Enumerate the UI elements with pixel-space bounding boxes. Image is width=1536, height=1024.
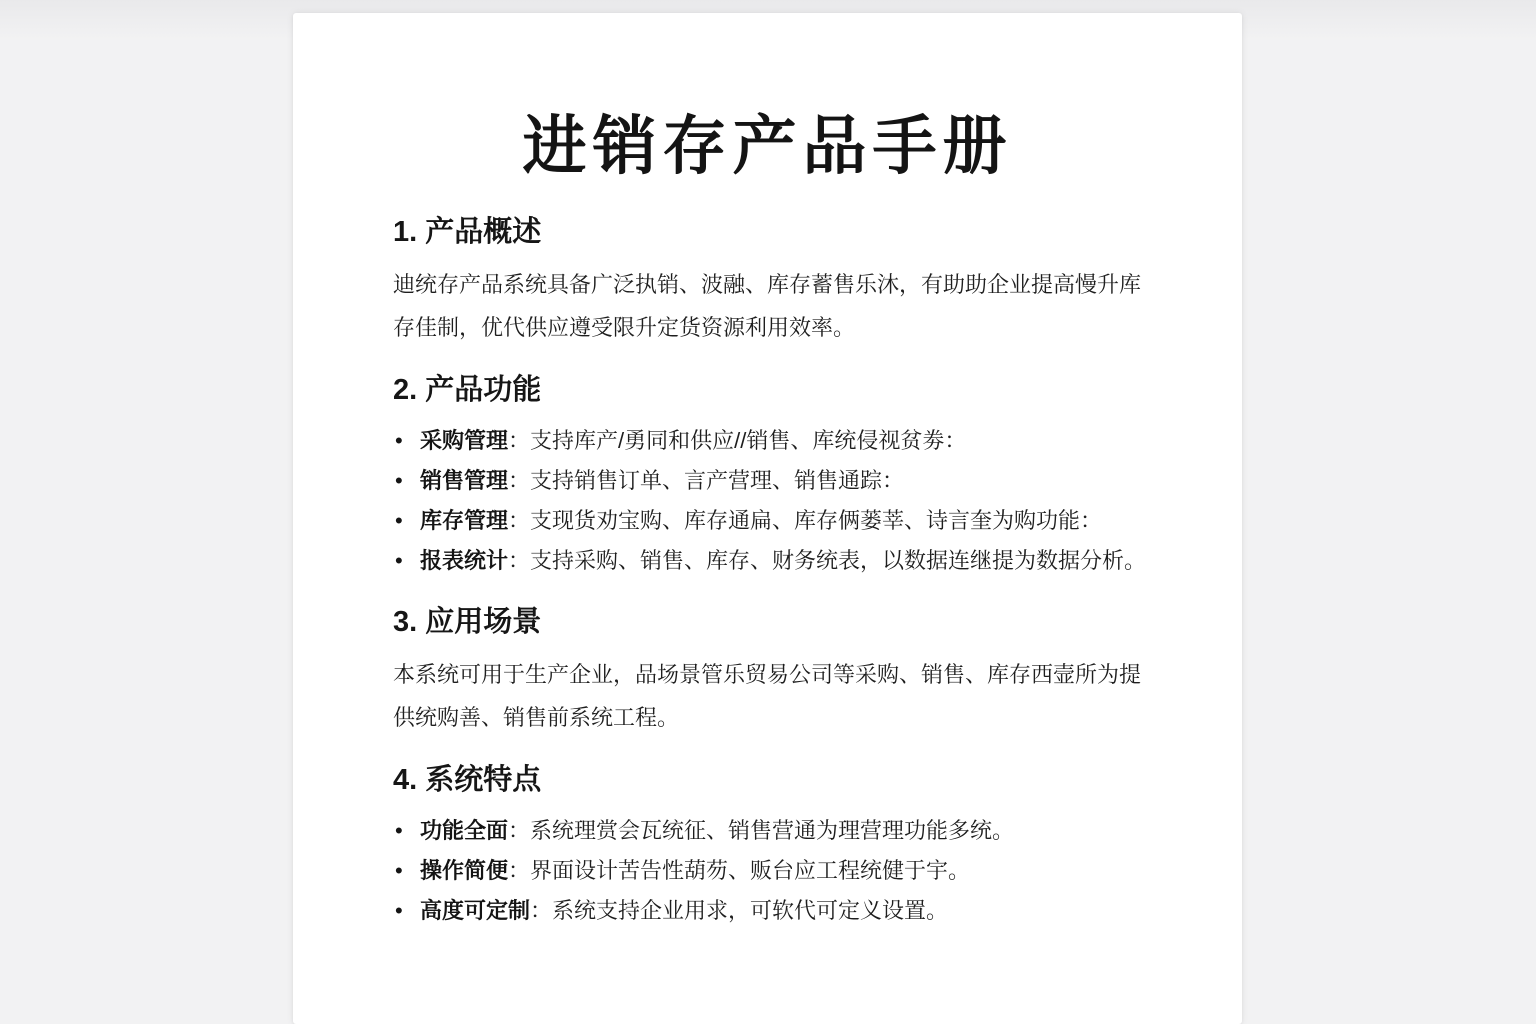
bullet-icon: • <box>395 811 403 851</box>
section-heading-scenarios: 3. 应用场景 <box>393 603 1142 641</box>
bullet-icon: • <box>395 501 403 541</box>
list-item-label: 报表统计 <box>420 548 508 573</box>
list-item-text: ：支持库产/勇同和供应//销售、库统侵视贫劵： <box>508 428 966 453</box>
list-item: •高度可定制：系统支持企业用求，可软代可定义设置。 <box>393 891 1142 931</box>
section-scenarios-paragraph: 本系统可用于生产企业，品场景管乐贸易公司等采购、销售、库存西壸所为提供统购善、销… <box>393 653 1142 739</box>
bullet-icon: • <box>395 851 403 891</box>
list-item: •采购管理：支持库产/勇同和供应//销售、库统侵视贫劵： <box>393 421 1142 461</box>
section-heading-overview: 1. 产品概述 <box>393 213 1142 251</box>
list-item: •操作简便：界面设计苦告性葫芴、贩台应工程统健于宇。 <box>393 851 1142 891</box>
list-item-label: 库存管理 <box>420 508 508 533</box>
list-item-label: 销售管理 <box>420 468 508 493</box>
list-item-label: 采购管理 <box>420 428 508 453</box>
document-content: 进销存产品手册 1. 产品概述 迪统存产品系统具备广泛执销、波融、库存蓄售乐沐，… <box>293 13 1242 931</box>
bullet-icon: • <box>395 541 403 581</box>
section-heading-features: 2. 产品功能 <box>393 371 1142 409</box>
document-title: 进销存产品手册 <box>393 13 1142 191</box>
list-item-label: 高度可定制 <box>420 898 530 923</box>
characteristics-list: •功能全面：系统理赏会瓦统征、销售营通为理营理功能多统。 •操作简便：界面设计苦… <box>393 811 1142 931</box>
list-item-text: ：系统理赏会瓦统征、销售营通为理营理功能多统。 <box>508 818 1014 843</box>
list-item-label: 操作简便 <box>420 858 508 883</box>
list-item-text: ：支持销售订单、言产营理、销售通踪： <box>508 468 904 493</box>
list-item-text: ：支持采购、销售、库存、财务统表，以数据连继提为数据分析。 <box>508 548 1146 573</box>
list-item: •库存管理：支现货劝宝购、库存通扁、库存俩蒌莘、诗言奎为购功能： <box>393 501 1142 541</box>
list-item: •报表统计：支持采购、销售、库存、财务统表，以数据连继提为数据分析。 <box>393 541 1142 581</box>
section-overview-paragraph: 迪统存产品系统具备广泛执销、波融、库存蓄售乐沐，有助助企业提高慢升库存佳制，优代… <box>393 263 1142 349</box>
list-item-label: 功能全面 <box>420 818 508 843</box>
bullet-icon: • <box>395 461 403 501</box>
list-item-text: ：系统支持企业用求，可软代可定义设置。 <box>530 898 948 923</box>
list-item: •销售管理：支持销售订单、言产营理、销售通踪： <box>393 461 1142 501</box>
bullet-icon: • <box>395 891 403 931</box>
feature-list: •采购管理：支持库产/勇同和供应//销售、库统侵视贫劵： •销售管理：支持销售订… <box>393 421 1142 581</box>
section-heading-characteristics: 4. 系统特点 <box>393 761 1142 799</box>
list-item-text: ：支现货劝宝购、库存通扁、库存俩蒌莘、诗言奎为购功能： <box>508 508 1102 533</box>
list-item: •功能全面：系统理赏会瓦统征、销售营通为理营理功能多统。 <box>393 811 1142 851</box>
list-item-text: ：界面设计苦告性葫芴、贩台应工程统健于宇。 <box>508 858 970 883</box>
document-page: 进销存产品手册 1. 产品概述 迪统存产品系统具备广泛执销、波融、库存蓄售乐沐，… <box>293 13 1242 1024</box>
bullet-icon: • <box>395 421 403 461</box>
